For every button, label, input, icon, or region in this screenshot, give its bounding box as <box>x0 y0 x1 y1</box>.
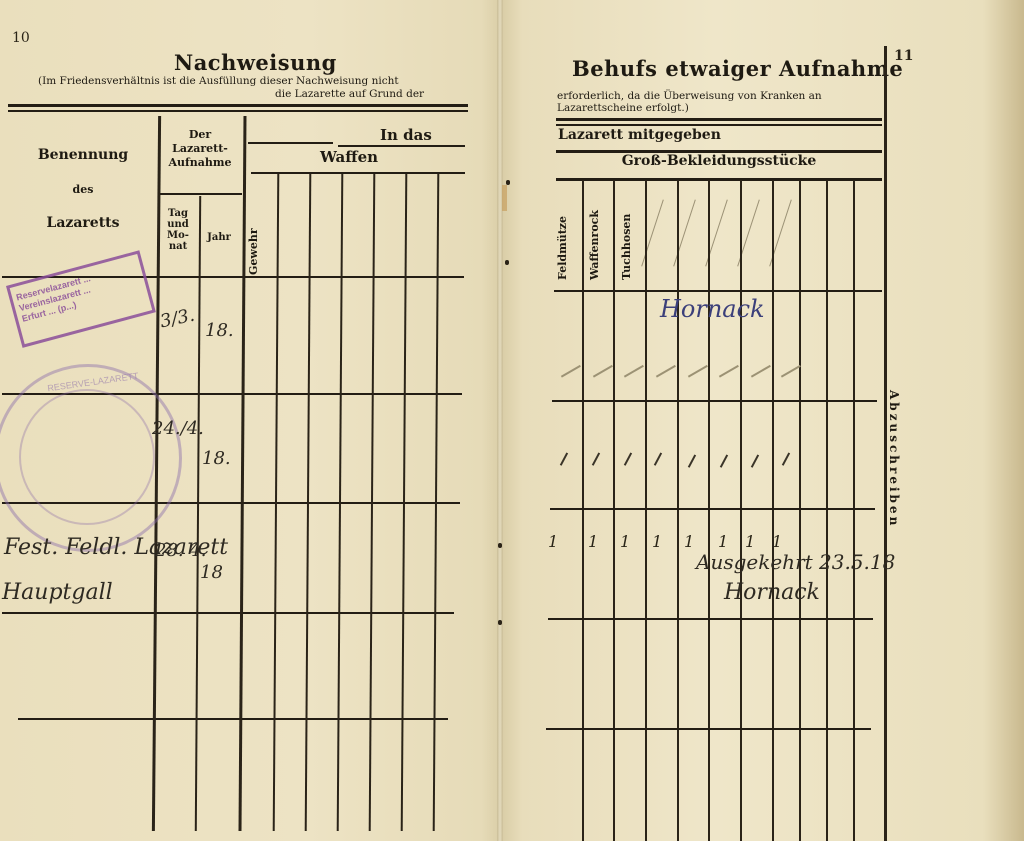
right-subtitle-line1: erforderlich, da die Überweisung von Kra… <box>557 90 822 102</box>
count-mark: 1 <box>548 532 558 551</box>
col-header-name-lazaretts: Lazaretts <box>20 216 146 230</box>
col-header-name: Benennung <box>20 148 146 162</box>
col-rule <box>853 180 855 841</box>
row4-note-signature: Hornack <box>724 580 820 605</box>
rule <box>556 124 882 126</box>
page-number-left: 10 <box>12 30 30 46</box>
row3-lazarett-name-line2: Hauptgall <box>2 580 113 605</box>
col-rule <box>677 180 679 841</box>
rule <box>251 172 465 174</box>
col-header-rifle: Gewehr <box>247 215 260 275</box>
left-page: 10 Nachweisung (Im Friedensverhältnis is… <box>0 0 500 841</box>
faint-tick-mark <box>561 365 581 377</box>
tick-mark <box>592 452 600 465</box>
row-rule <box>546 728 871 730</box>
group-header-clothing: Groß-Bekleidungsstücke <box>556 154 882 168</box>
round-stamp: RESERVE-LAZARETT <box>0 364 182 552</box>
col-rule <box>799 180 801 841</box>
round-stamp-inner <box>19 389 155 525</box>
row1-day-month: 3/3. <box>158 305 196 333</box>
tick-mark <box>688 454 696 467</box>
left-page-title: Nachweisung <box>174 50 337 75</box>
row-rule <box>548 618 873 620</box>
left-subtitle-line1: (Im Friedensverhältnis ist die Ausfüllun… <box>38 75 399 87</box>
row-rule <box>2 612 454 614</box>
tick-mark <box>782 452 790 465</box>
count-mark: 1 <box>652 532 662 551</box>
row1-year: 18. <box>205 320 234 341</box>
right-page: 11 Behufs etwaiger Aufnahme erforderlich… <box>500 0 1024 841</box>
row-rule <box>550 508 875 510</box>
count-mark: 1 <box>620 532 630 551</box>
tick-mark <box>624 452 632 465</box>
row3-year: 18 <box>200 562 223 583</box>
col-header-name-des: des <box>20 183 146 197</box>
group-header-admission: Der Lazarett-Aufnahme <box>160 128 240 170</box>
faint-tick-mark <box>656 365 676 377</box>
row-rule <box>18 718 448 720</box>
faint-tick-mark <box>719 365 739 377</box>
col-rule <box>239 116 246 831</box>
right-subtitle-line2: Lazarettscheine erfolgt.) <box>557 102 689 114</box>
tick-mark <box>751 454 759 467</box>
col-header-feldmuetze: Feldmütze <box>556 210 569 280</box>
col-header-waffenrock: Waffenrock <box>588 205 601 280</box>
faint-tick-mark <box>781 365 801 377</box>
faint-tick-mark <box>593 365 613 377</box>
booklet-spread: 10 Nachweisung (Im Friedensverhältnis is… <box>0 0 1024 841</box>
row2-year: 18. <box>202 448 231 469</box>
rule <box>338 145 465 147</box>
row-rule <box>552 400 877 402</box>
col-rule <box>740 180 742 841</box>
col-rule <box>826 180 828 841</box>
col-rule <box>582 180 584 841</box>
row-rule <box>554 290 882 292</box>
rule <box>556 178 882 181</box>
col-rule <box>645 180 647 841</box>
count-mark: 1 <box>684 532 694 551</box>
rule <box>160 193 242 195</box>
count-mark: 1 <box>745 532 755 551</box>
col-rule <box>772 180 774 841</box>
side-label-abzuschreiben: Abzuschreiben <box>887 390 901 528</box>
tick-mark <box>560 452 568 465</box>
col-header-day-month: Tag und Mo-nat <box>160 208 196 252</box>
faint-tick-mark <box>751 365 771 377</box>
row3-day-month: 28. 4. <box>155 538 195 564</box>
row2-day-month: 24./4. <box>152 418 192 440</box>
group-header-given: Lazarett mitgegeben <box>558 128 721 142</box>
faint-tick-mark <box>688 365 708 377</box>
rectangular-stamp: Reservelazarett ... Vereinslazarett ... … <box>6 250 156 348</box>
right-page-title: Behufs etwaiger Aufnahme <box>572 56 903 81</box>
col-header-year: Jahr <box>200 232 238 243</box>
rule <box>8 104 468 107</box>
col-rule <box>708 180 710 841</box>
col-header-tuchhosen: Tuchhosen <box>620 208 633 280</box>
faint-tick-mark <box>624 365 644 377</box>
rule <box>8 110 468 112</box>
tick-mark <box>654 452 662 465</box>
count-mark: 1 <box>718 532 728 551</box>
row1-signature: Hornack <box>660 295 765 323</box>
group-header-weapons: Waffen <box>320 150 378 164</box>
group-header-in-das: In das <box>380 128 432 142</box>
tick-mark <box>720 454 728 467</box>
row4-note: Ausgekehrt 23.5.18 <box>696 550 895 574</box>
rule <box>248 142 333 144</box>
rule <box>556 118 882 121</box>
col-rule <box>613 180 615 841</box>
col-rule <box>195 196 201 831</box>
left-subtitle-line2: die Lazarette auf Grund der <box>275 88 424 100</box>
count-mark: 1 <box>772 532 782 551</box>
count-mark: 1 <box>588 532 598 551</box>
